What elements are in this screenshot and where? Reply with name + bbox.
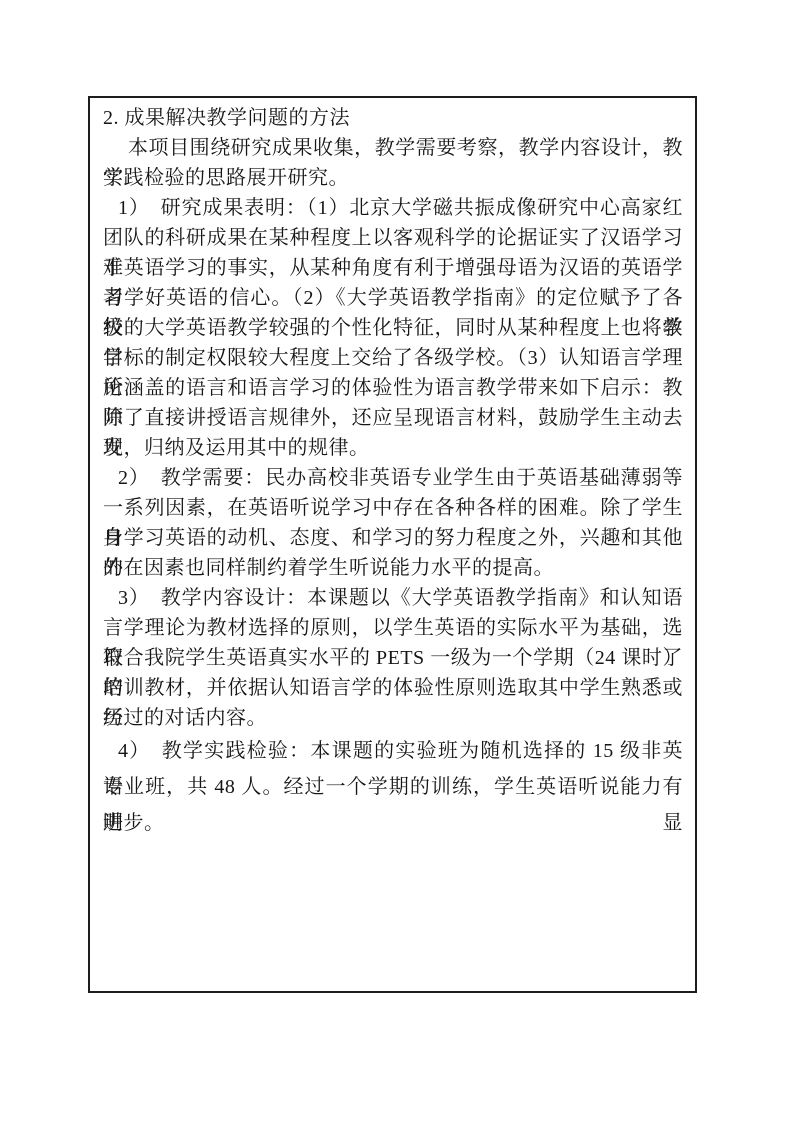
text-line: 于英语学习的事实，从某种角度有利于增强母语为汉语的英语学习 — [103, 253, 683, 283]
text-line: 一系列因素，在英语听说学习中存在各种各样的困难。除了学生自 — [103, 493, 683, 523]
text-line: 言学理论为教材选择的原则，以学生英语的实际水平为基础，选取了 — [103, 613, 683, 643]
text-line: 除了直接讲授语言规律外，还应呈现语言材料，鼓励学生主动去发 — [103, 403, 683, 433]
text-line: 现，归纳及运用其中的规律。 — [103, 433, 683, 463]
text-line: 培训教材，并依据认知语言学的体验性原则选取其中学生熟悉或经 — [103, 673, 683, 703]
text-line: 所涵盖的语言和语言学习的体验性为语言教学带来如下启示：教师 — [103, 373, 683, 403]
document-page: 2. 成果解决教学问题的方法本项目围绕研究成果收集，教学需要考察，教学内容设计，… — [0, 0, 794, 1123]
text-line: 团队的科研成果在某种程度上以客观科学的论据证实了汉语学习难 — [103, 223, 683, 253]
text-line: 身学习英语的动机、态度、和学习的努力程度之外，兴趣和其他的 — [103, 523, 683, 553]
text-line: 目标的制定权限较大程度上交给了各级学校。（3）认知语言学理论 — [103, 343, 683, 373]
text-line: 校的大学英语教学较强的个性化特征，同时从某种程度上也将教学 — [103, 313, 683, 343]
text-line: 历过的对话内容。 — [103, 703, 683, 733]
text-line: 4） 教学实践检验：本课题的实验班为随机选择的 15 级非英语 — [103, 733, 683, 769]
text-line: 3） 教学内容设计：本课题以《大学英语教学指南》和认知语 — [103, 583, 683, 613]
text-line: 2. 成果解决教学问题的方法 — [103, 103, 683, 133]
text-line: 本项目围绕研究成果收集，教学需要考察，教学内容设计，教学 — [103, 133, 683, 163]
table-cell-border: 2. 成果解决教学问题的方法本项目围绕研究成果收集，教学需要考察，教学内容设计，… — [88, 96, 697, 993]
cell-text-content: 2. 成果解决教学问题的方法本项目围绕研究成果收集，教学需要考察，教学内容设计，… — [103, 103, 683, 841]
text-line: 者学好英语的信心。（2）《大学英语教学指南》的定位赋予了各级学 — [103, 283, 683, 313]
text-line: 符合我院学生英语真实水平的 PETS 一级为一个学期（24 课时）的 — [103, 643, 683, 673]
text-line: 实践检验的思路展开研究。 — [103, 163, 683, 193]
text-line: 1） 研究成果表明：（1）北京大学磁共振成像研究中心高家红 — [103, 193, 683, 223]
text-line: 专业班，共 48 人。经过一个学期的训练，学生英语听说能力有明显 — [103, 769, 683, 805]
text-line: 外在因素也同样制约着学生听说能力水平的提高。 — [103, 553, 683, 583]
text-line: 2） 教学需要：民办高校非英语专业学生由于英语基础薄弱等 — [103, 463, 683, 493]
